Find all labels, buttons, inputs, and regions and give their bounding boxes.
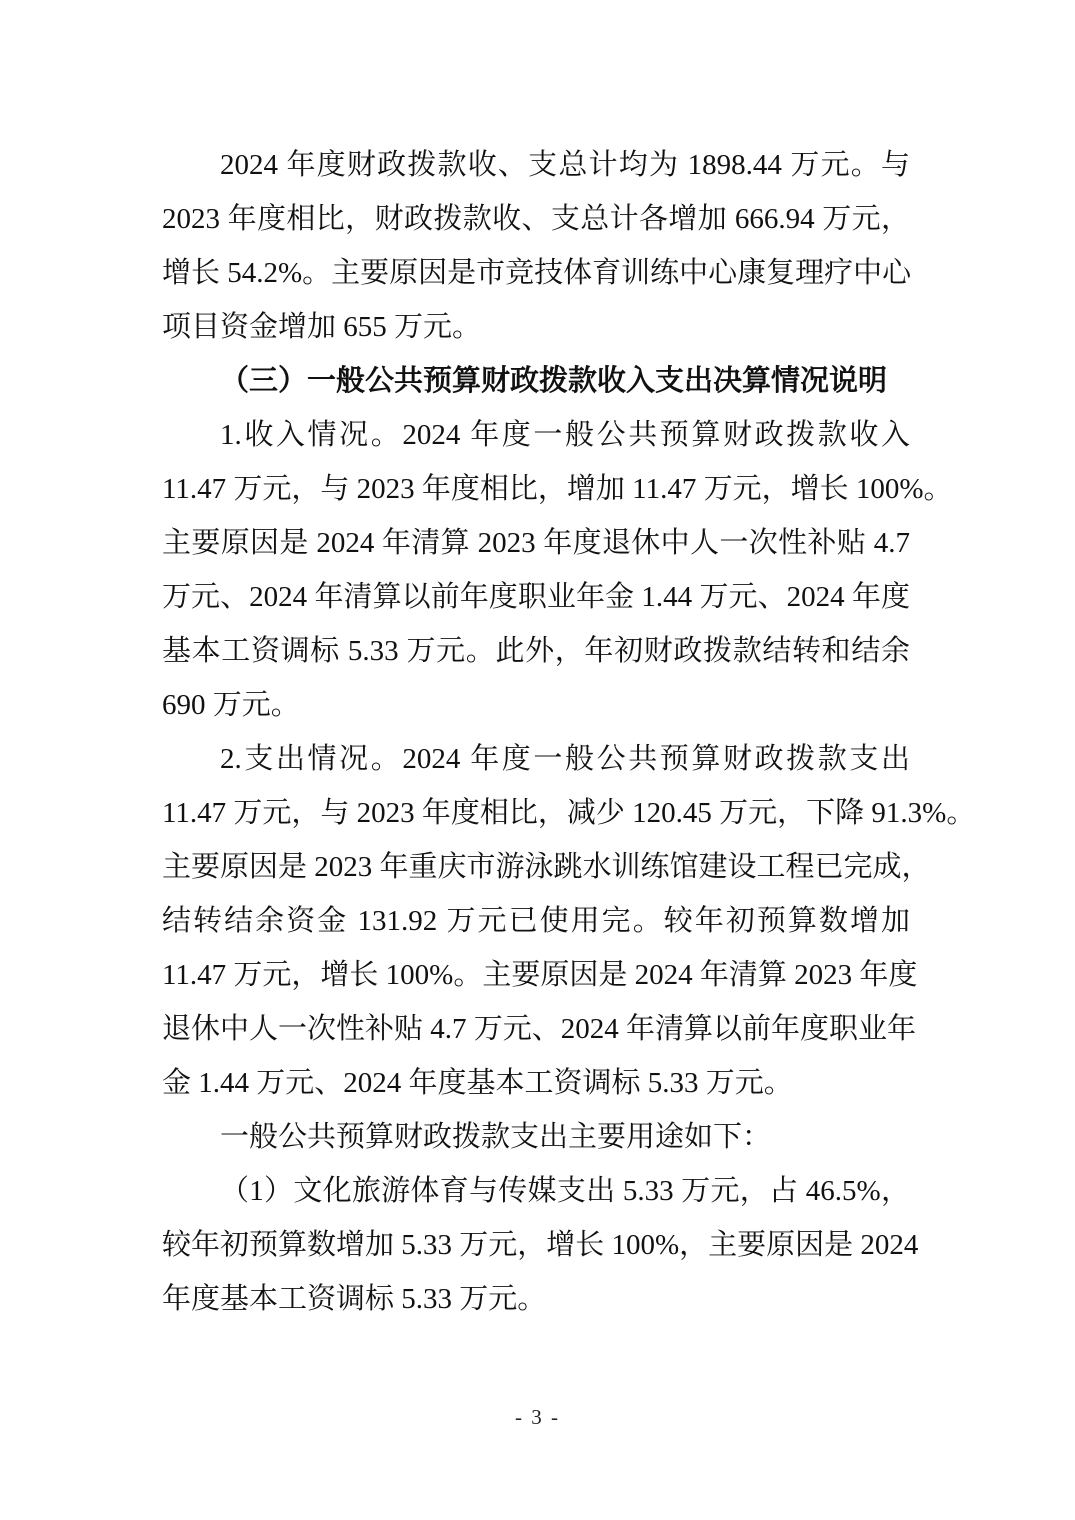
paragraph: 2024 年度财政拨款收、支总计均为 1898.44 万元。与2023 年度相比… [162,138,910,354]
text-line: 基本工资调标 5.33 万元。此外，年初财政拨款结转和结余 [162,624,910,678]
text-line: 主要原因是 2024 年清算 2023 年度退休中人一次性补贴 4.7 [162,516,910,570]
text-line: 690 万元。 [162,678,910,732]
paragraph: 一般公共预算财政拨款支出主要用途如下： [162,1110,910,1164]
text-line: （1）文化旅游体育与传媒支出 5.33 万元，占 46.5%， [162,1164,910,1218]
text-line: 项目资金增加 655 万元。 [162,300,910,354]
paragraph: 1.收入情况。2024 年度一般公共预算财政拨款收入11.47 万元，与 202… [162,408,910,732]
text-line: 11.47 万元，增长 100%。主要原因是 2024 年清算 2023 年度 [162,948,910,1002]
paragraph: 2.支出情况。2024 年度一般公共预算财政拨款支出11.47 万元，与 202… [162,732,910,1110]
paragraph: （1）文化旅游体育与传媒支出 5.33 万元，占 46.5%，较年初预算数增加 … [162,1164,910,1326]
text-line: 万元、2024 年清算以前年度职业年金 1.44 万元、2024 年度 [162,570,910,624]
text-line: 1.收入情况。2024 年度一般公共预算财政拨款收入 [162,408,910,462]
text-line: 11.47 万元，与 2023 年度相比，增加 11.47 万元，增长 100%… [162,462,910,516]
text-line: 年度基本工资调标 5.33 万元。 [162,1272,910,1326]
document-page: 2024 年度财政拨款收、支总计均为 1898.44 万元。与2023 年度相比… [0,0,1075,1520]
text-line: 增长 54.2%。主要原因是市竞技体育训练中心康复理疗中心 [162,246,910,300]
text-line: 主要原因是 2023 年重庆市游泳跳水训练馆建设工程已完成， [162,840,910,894]
page-number: - 3 - [0,1402,1075,1432]
text-line: 较年初预算数增加 5.33 万元，增长 100%，主要原因是 2024 [162,1218,910,1272]
text-line: 一般公共预算财政拨款支出主要用途如下： [162,1110,910,1164]
text-line: 金 1.44 万元、2024 年度基本工资调标 5.33 万元。 [162,1056,910,1110]
text-line: 退休中人一次性补贴 4.7 万元、2024 年清算以前年度职业年 [162,1002,910,1056]
text-line: 2.支出情况。2024 年度一般公共预算财政拨款支出 [162,732,910,786]
text-line: 11.47 万元，与 2023 年度相比，减少 120.45 万元，下降 91.… [162,786,910,840]
text-line: （三）一般公共预算财政拨款收入支出决算情况说明 [162,354,910,408]
text-line: 2024 年度财政拨款收、支总计均为 1898.44 万元。与 [162,138,910,192]
section-heading: （三）一般公共预算财政拨款收入支出决算情况说明 [162,354,910,408]
text-line: 结转结余资金 131.92 万元已使用完。较年初预算数增加 [162,894,910,948]
document-body: 2024 年度财政拨款收、支总计均为 1898.44 万元。与2023 年度相比… [162,138,910,1326]
text-line: 2023 年度相比，财政拨款收、支总计各增加 666.94 万元， [162,192,910,246]
